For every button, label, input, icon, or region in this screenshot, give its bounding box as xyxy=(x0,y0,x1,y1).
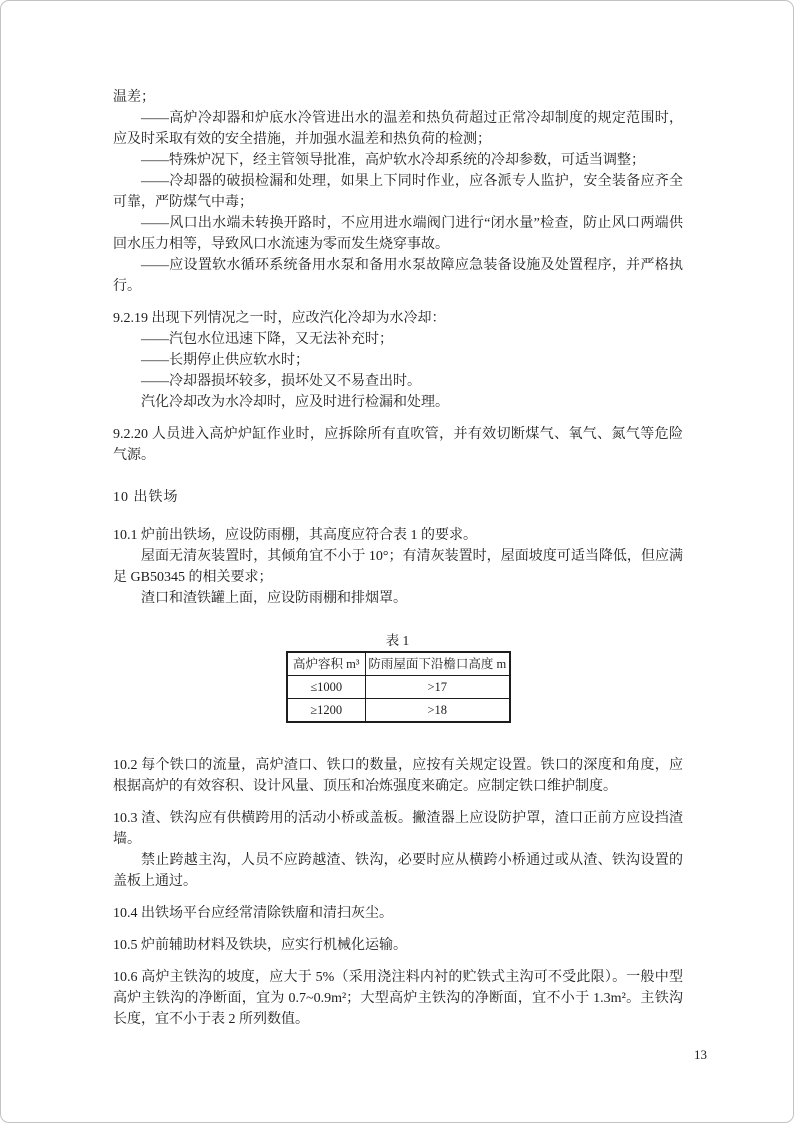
table-1: 高炉容积 m³ 防雨屋面下沿檐口高度 m ≤1000 >17 ≥1200 >18 xyxy=(286,651,511,723)
clause-closing-line: 汽化冷却改为水冷却时，应及时进行检漏和处理。 xyxy=(113,392,683,413)
clause-9-2-19: 9.2.19 出现下列情况之一时，应改汽化冷却为水冷却： xyxy=(113,308,683,329)
clause-10-3-sub: 禁止跨越主沟，人员不应跨越渣、铁沟，必要时应从横跨小桥通过或从渣、铁沟设置的盖板… xyxy=(113,850,683,892)
clause-10-1-sub: 渣口和渣铁罐上面，应设防雨棚和排烟罩。 xyxy=(113,588,683,609)
table-row: ≥1200 >18 xyxy=(287,699,510,723)
clause-10-3: 10.3 渣、铁沟应有供横跨用的活动小桥或盖板。撇渣器上应设防护罩，渣口正前方应… xyxy=(113,808,683,850)
table-header-row: 高炉容积 m³ 防雨屋面下沿檐口高度 m xyxy=(287,652,510,676)
dash-item: ——长期停止供应软水时； xyxy=(113,350,683,371)
clause-9-2-20: 9.2.20 人员进入高炉炉缸作业时，应拆除所有直吹管，并有效切断煤气、氧气、氮… xyxy=(113,424,683,466)
table-caption: 表 1 xyxy=(286,630,509,651)
table-1-block: 表 1 高炉容积 m³ 防雨屋面下沿檐口高度 m ≤1000 >17 ≥1200… xyxy=(113,630,683,723)
clause-10-2: 10.2 每个铁口的流量，高炉渣口、铁口的数量，应按有关规定设置。铁口的深度和角… xyxy=(113,755,683,797)
table-header-eaves-height: 防雨屋面下沿檐口高度 m xyxy=(365,652,510,676)
document-page: 温差； ——高炉冷却器和炉底水冷管进出水的温差和热负荷超过正常冷却制度的规定范围… xyxy=(0,0,794,1123)
dash-item: ——汽包水位迅速下降，又无法补充时； xyxy=(113,329,683,350)
dash-item: ——冷却器的破损检漏和处理，如果上下同时作业，应各派专人监护，安全装备应齐全可靠… xyxy=(113,171,683,213)
cell-height: >17 xyxy=(365,676,510,699)
table-header-furnace-volume: 高炉容积 m³ xyxy=(287,652,365,676)
dash-item: ——应设置软水循环系统备用水泵和备用水泵故障应急装备设施及处置程序，并严格执行。 xyxy=(113,255,683,297)
dash-item: ——特殊炉况下，经主管领导批准，高炉软水冷却系统的冷却参数，可适当调整； xyxy=(113,150,683,171)
cell-volume: ≤1000 xyxy=(287,676,365,699)
clause-10-4: 10.4 出铁场平台应经常清除铁廇和清扫灰尘。 xyxy=(113,903,683,924)
page-number: 13 xyxy=(694,1047,707,1063)
table-row: ≤1000 >17 xyxy=(287,676,510,699)
page-body: 温差； ——高炉冷却器和炉底水冷管进出水的温差和热负荷超过正常冷却制度的规定范围… xyxy=(113,87,683,1030)
clause-10-1-sub: 屋面无清灰装置时，其倾角宜不小于 10°；有清灰装置时，屋面坡度可适当降低，但应… xyxy=(113,546,683,588)
cell-height: >18 xyxy=(365,699,510,723)
paragraph-continuation: 温差； xyxy=(113,87,683,108)
clause-10-5: 10.5 炉前辅助材料及铁块，应实行机械化运输。 xyxy=(113,935,683,956)
dash-item: ——风口出水端未转换开路时，不应用进水端阀门进行“闭水量”检查，防止风口两端供回… xyxy=(113,213,683,255)
dash-item: ——高炉冷却器和炉底水冷管进出水的温差和热负荷超过正常冷却制度的规定范围时，应及… xyxy=(113,108,683,150)
section-heading: 10 出铁场 xyxy=(113,487,683,508)
clause-10-6: 10.6 高炉主铁沟的坡度，应大于 5%（采用浇注料内衬的贮铁式主沟可不受此限）… xyxy=(113,967,683,1030)
dash-item: ——冷却器损坏较多，损坏处又不易查出时。 xyxy=(113,371,683,392)
cell-volume: ≥1200 xyxy=(287,699,365,723)
clause-10-1: 10.1 炉前出铁场，应设防雨棚，其高度应符合表 1 的要求。 xyxy=(113,525,683,546)
